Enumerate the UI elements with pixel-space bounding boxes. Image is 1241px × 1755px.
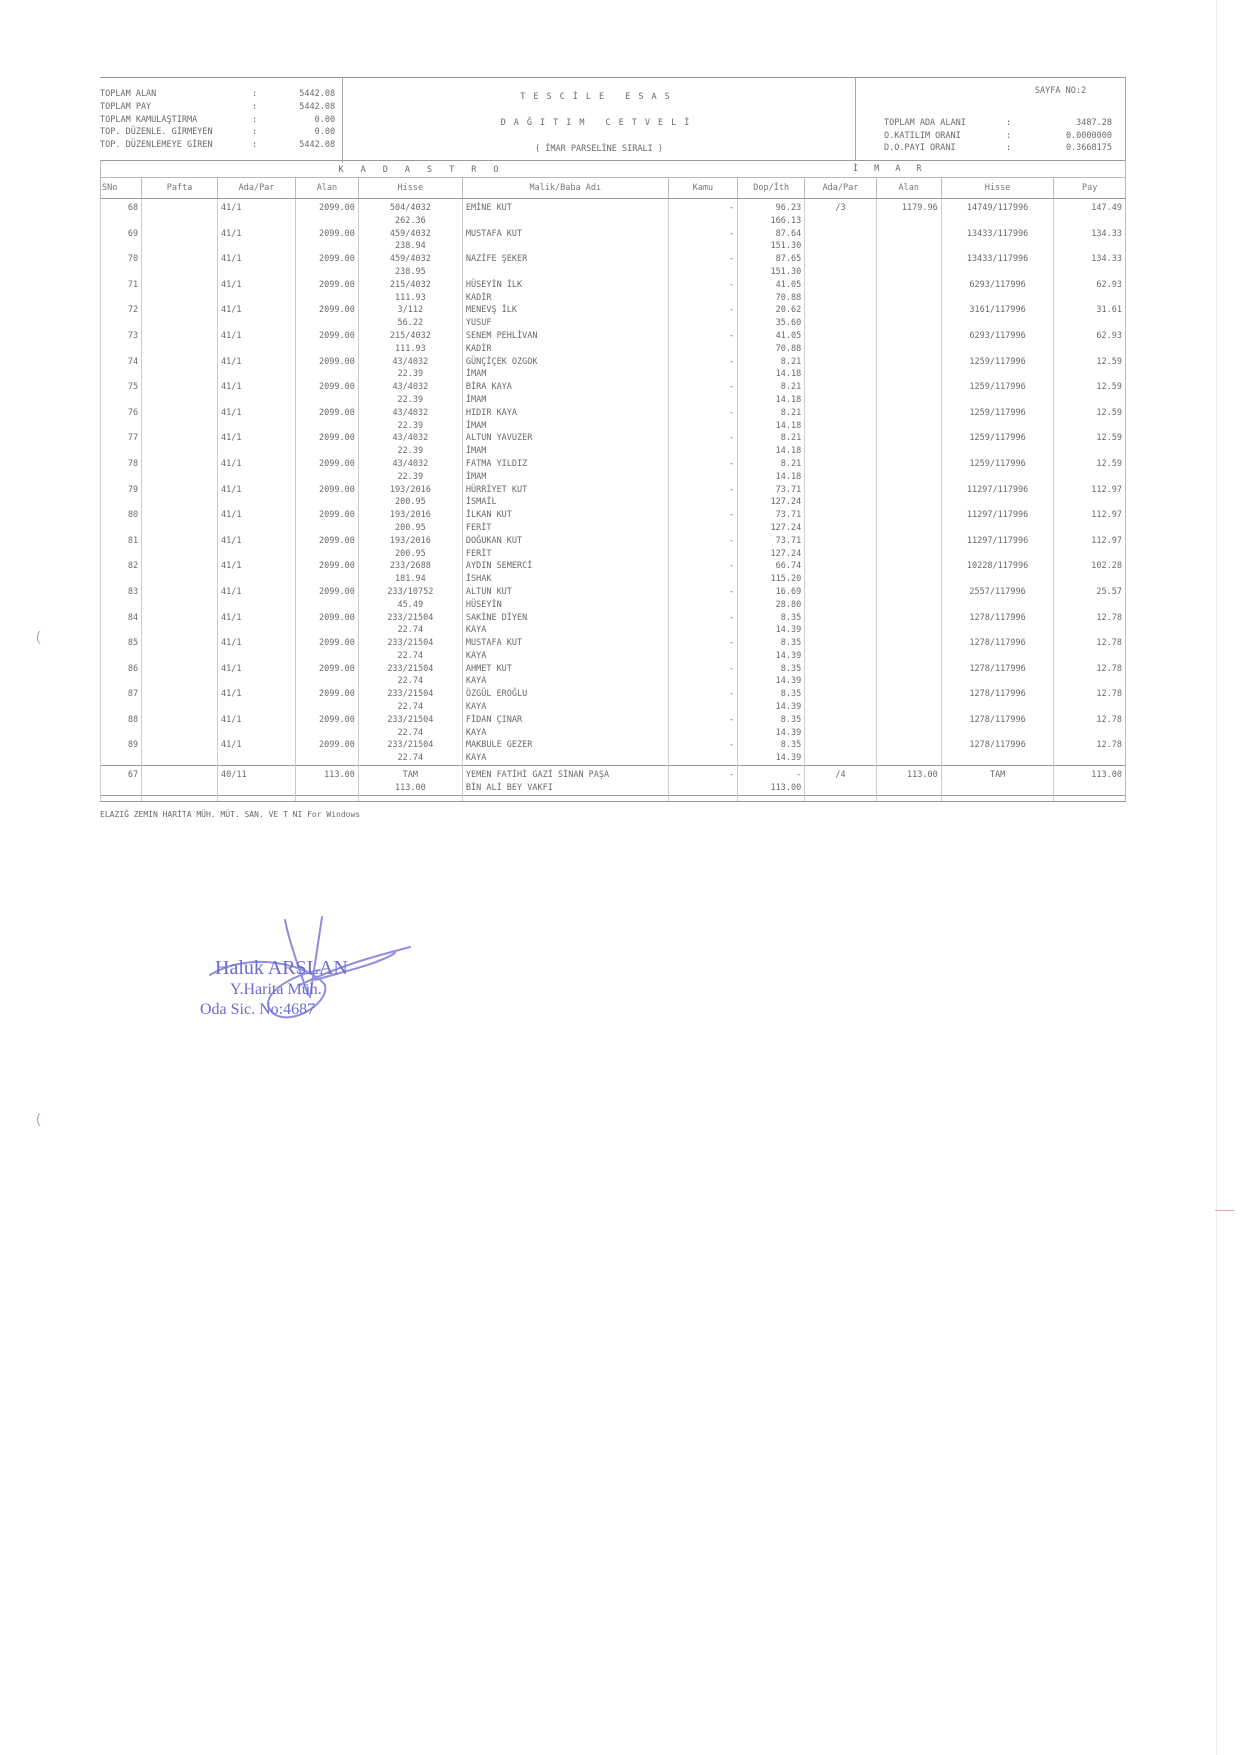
- cell-empty: [876, 266, 941, 279]
- cell-empty: [1054, 573, 1126, 586]
- cell-i-adapar: /4: [805, 766, 877, 782]
- cell-ith: 70.88: [738, 343, 805, 356]
- cell-kamu: -: [668, 356, 737, 369]
- cell-i-hisse: 2557/117996: [941, 586, 1054, 599]
- cell-i-hisse: 13433/117996: [941, 253, 1054, 266]
- cell-empty: [101, 548, 142, 561]
- cell-baba: İSHAK: [462, 573, 668, 586]
- cell-malik: MAKBULE GEZER: [462, 739, 668, 752]
- cell-hisse: 504/4032: [358, 199, 462, 215]
- cell-empty: [218, 215, 296, 228]
- summary-value: 3487.28: [1028, 117, 1112, 130]
- cell-sno: 73: [101, 330, 142, 343]
- table-row-sub: 111.93KADİR70.88: [101, 343, 1126, 356]
- cell-empty: [101, 292, 142, 305]
- cell-empty: [218, 240, 296, 253]
- cell-i-alan: [876, 663, 941, 676]
- cell-empty: [1054, 266, 1126, 279]
- cell-ith: 14.39: [738, 752, 805, 765]
- cell-empty: [296, 599, 359, 612]
- table-row: 8841/12099.00233/21504FİDAN ÇINAR-8.3512…: [101, 714, 1126, 727]
- cell-alan: 2099.00: [296, 356, 359, 369]
- cell-kamu: -: [668, 199, 737, 215]
- cell-empty: [668, 599, 737, 612]
- cell-empty: [876, 445, 941, 458]
- cell-empty: [668, 215, 737, 228]
- cell-empty: [876, 394, 941, 407]
- cell-dop: 66.74: [738, 560, 805, 573]
- table-row-sub: 200.95FERİT127.24: [101, 548, 1126, 561]
- cell-i-hisse: 1278/117996: [941, 612, 1054, 625]
- table-row: 8441/12099.00233/21504SAKİNE DİYEN-8.351…: [101, 612, 1126, 625]
- cell-ith: 14.18: [738, 420, 805, 433]
- cell-empty: [1054, 292, 1126, 305]
- cell-ith: 70.88: [738, 292, 805, 305]
- cell-sno: 76: [101, 407, 142, 420]
- cell-dop: 8.35: [738, 637, 805, 650]
- cell-pafta: [142, 714, 218, 727]
- summary-sep: :: [1006, 117, 1028, 130]
- cell-dop: 73.71: [738, 484, 805, 497]
- summary-value: 0.0000000: [1028, 130, 1112, 143]
- cell-empty: [1054, 675, 1126, 688]
- cell-empty: [805, 496, 877, 509]
- cell-empty: [142, 215, 218, 228]
- margin-mark: (: [36, 628, 41, 644]
- cell-hisse: 43/4032: [358, 458, 462, 471]
- cell-pafta: [142, 766, 218, 782]
- cell-adapar: 41/1: [218, 356, 296, 369]
- cell-empty: [668, 240, 737, 253]
- cell-empty: [218, 782, 296, 795]
- cell-i-alan: [876, 739, 941, 752]
- cell-baba: İMAM: [462, 445, 668, 458]
- cell-empty: [218, 394, 296, 407]
- cell-empty: [1054, 701, 1126, 714]
- cell-empty: [296, 266, 359, 279]
- cell-malik: İLKAN KUT: [462, 509, 668, 522]
- cell-empty: [296, 752, 359, 765]
- cell-empty: [941, 650, 1054, 663]
- cell-i-adapar: [805, 356, 877, 369]
- cell-empty: [941, 599, 1054, 612]
- cell-malik: FİDAN ÇINAR: [462, 714, 668, 727]
- cell-empty: [296, 701, 359, 714]
- cell-empty: [296, 445, 359, 458]
- cell-pafta: [142, 612, 218, 625]
- cell-hisse2: 22.39: [358, 394, 462, 407]
- cell-empty: [218, 752, 296, 765]
- cell-empty: [668, 420, 737, 433]
- cell-pay: 12.78: [1054, 663, 1126, 676]
- cell-malik: FATMA YILDIZ: [462, 458, 668, 471]
- table-row: 8141/12099.00193/2016DOĞUKAN KUT-73.7111…: [101, 535, 1126, 548]
- software-footer: ELAZIĞ ZEMİN HARİTA MÜH. MÜT. SAN. VE T …: [100, 809, 1126, 822]
- cell-ith: 127.24: [738, 496, 805, 509]
- cell-ith: 151.30: [738, 240, 805, 253]
- cell-empty: [142, 752, 218, 765]
- table-row-sub: 181.94İSHAK115.20: [101, 573, 1126, 586]
- cell-empty: [668, 471, 737, 484]
- cell-malik: ALTUN YAVUZER: [462, 432, 668, 445]
- cell-empty: [1054, 368, 1126, 381]
- cell-malik: HÜRRİYET KUT: [462, 484, 668, 497]
- cell-empty: [142, 675, 218, 688]
- cell-adapar: 41/1: [218, 304, 296, 317]
- cell-empty: [876, 215, 941, 228]
- cell-empty: [1054, 215, 1126, 228]
- cell-i-adapar: [805, 330, 877, 343]
- cell-empty: [101, 496, 142, 509]
- table-row-sub: 22.39İMAM14.18: [101, 420, 1126, 433]
- cell-hisse: 43/4032: [358, 407, 462, 420]
- cell-pafta: [142, 228, 218, 241]
- table-row: 7741/12099.0043/4032ALTUN YAVUZER-8.2112…: [101, 432, 1126, 445]
- column-header: Kamu: [668, 178, 737, 199]
- cell-baba: KAYA: [462, 752, 668, 765]
- cell-hisse: 43/4032: [358, 381, 462, 394]
- table-row: 7241/12099.003/112MENEVŞ İLK-20.623161/1…: [101, 304, 1126, 317]
- signature-icon: [190, 915, 430, 1045]
- summary-sep: :: [1006, 130, 1028, 143]
- cell-empty: [876, 496, 941, 509]
- cell-kamu: -: [668, 663, 737, 676]
- cell-empty: [876, 701, 941, 714]
- cell-dop: 8.35: [738, 612, 805, 625]
- cell-empty: [805, 782, 877, 795]
- cell-adapar: 41/1: [218, 199, 296, 215]
- cell-pafta: [142, 407, 218, 420]
- cell-i-hisse: 11297/117996: [941, 509, 1054, 522]
- summary-label: TOPLAM ALAN: [100, 88, 252, 101]
- stamp-title: Y.Harita Müh.: [230, 981, 322, 999]
- cell-hisse2: 238.95: [358, 266, 462, 279]
- summary-sep: :: [1006, 142, 1028, 155]
- cell-pay: 134.33: [1054, 253, 1126, 266]
- cell-empty: [296, 675, 359, 688]
- cell-hisse: 233/2688: [358, 560, 462, 573]
- cell-empty: [142, 471, 218, 484]
- cell-i-alan: [876, 381, 941, 394]
- document-header: TOPLAM ALAN:5442.08TOPLAM PAY:5442.08TOP…: [100, 77, 1126, 160]
- cell-empty: [738, 795, 805, 801]
- cell-adapar: 41/1: [218, 637, 296, 650]
- cell-alan: 2099.00: [296, 381, 359, 394]
- cell-pay: 12.59: [1054, 407, 1126, 420]
- cell-empty: [296, 343, 359, 356]
- cell-i-hisse: 13433/117996: [941, 228, 1054, 241]
- cell-empty: [668, 548, 737, 561]
- summary-label: TOPLAM KAMULAŞTIRMA: [100, 114, 252, 127]
- cell-i-alan: 1179.96: [876, 199, 941, 215]
- cell-empty: [218, 420, 296, 433]
- cell-empty: [941, 701, 1054, 714]
- table-row: 8741/12099.00233/21504ÖZGÜL EROĞLU-8.351…: [101, 688, 1126, 701]
- cell-empty: [218, 795, 296, 801]
- cell-malik: BİRA KAYA: [462, 381, 668, 394]
- cell-pafta: [142, 663, 218, 676]
- cell-ith: 14.39: [738, 701, 805, 714]
- table-row: 7141/12099.00215/4032HÜSEYİN İLK-41.0562…: [101, 279, 1126, 292]
- cell-kamu: -: [668, 535, 737, 548]
- cell-empty: [142, 394, 218, 407]
- table-row: 7341/12099.00215/4032SENEM PEHLİVAN-41.0…: [101, 330, 1126, 343]
- cell-pay: 112.97: [1054, 484, 1126, 497]
- cell-alan: 2099.00: [296, 432, 359, 445]
- summary-value: 0.00: [257, 114, 335, 127]
- cell-i-hisse: 1278/117996: [941, 663, 1054, 676]
- summary-value: 0.3668175: [1028, 142, 1112, 155]
- cell-empty: [941, 471, 1054, 484]
- cell-i-hisse: 3161/117996: [941, 304, 1054, 317]
- table-body: 6841/12099.00504/4032EMİNE KUT-96.23/311…: [101, 199, 1126, 802]
- cell-i-adapar: [805, 253, 877, 266]
- cell-alan: 2099.00: [296, 509, 359, 522]
- cell-hisse2: 22.39: [358, 368, 462, 381]
- cell-baba: HÜSEYİN: [462, 599, 668, 612]
- cell-i-adapar: [805, 381, 877, 394]
- cell-empty: [142, 317, 218, 330]
- table-row-sub: 200.95FERİT127.24: [101, 522, 1126, 535]
- cell-pafta: [142, 586, 218, 599]
- cell-i-alan: [876, 484, 941, 497]
- cell-empty: [876, 650, 941, 663]
- cell-empty: [1054, 795, 1126, 801]
- cell-pafta: [142, 432, 218, 445]
- cell-empty: [101, 343, 142, 356]
- cell-empty: [876, 624, 941, 637]
- cell-empty: [941, 215, 1054, 228]
- table-row-sub: 22.74KAYA14.39: [101, 727, 1126, 740]
- cell-empty: [101, 394, 142, 407]
- cell-pay: 31.61: [1054, 304, 1126, 317]
- cell-baba: FERİT: [462, 548, 668, 561]
- distribution-table: SNoPaftaAda/ParAlanHisseMalik/Baba AdıKa…: [100, 177, 1126, 802]
- cell-sno: 84: [101, 612, 142, 625]
- table-end-line: [101, 795, 1126, 801]
- cell-adapar: 41/1: [218, 739, 296, 752]
- summary-row: TOPLAM KAMULAŞTIRMA:0.00: [100, 114, 342, 127]
- cell-alan: 2099.00: [296, 279, 359, 292]
- cell-i-alan: [876, 458, 941, 471]
- cell-empty: [1054, 343, 1126, 356]
- cell-alan: 2099.00: [296, 253, 359, 266]
- cell-sno: 85: [101, 637, 142, 650]
- cell-empty: [101, 522, 142, 535]
- stamp-registration: Oda Sic. No:4687: [200, 1001, 315, 1019]
- table-row-sub: 45.49HÜSEYİN28.80: [101, 599, 1126, 612]
- cell-malik: MUSTAFA KUT: [462, 637, 668, 650]
- cell-empty: [805, 675, 877, 688]
- cell-hisse: 233/21504: [358, 612, 462, 625]
- cell-empty: [805, 266, 877, 279]
- cell-empty: [805, 420, 877, 433]
- cell-i-alan: [876, 560, 941, 573]
- cell-pafta: [142, 509, 218, 522]
- cell-pay: 113.00: [1054, 766, 1126, 782]
- cell-empty: [101, 420, 142, 433]
- summary-row: TOP. DÜZENLEMEYE GİREN:5442.08: [100, 139, 342, 152]
- cell-sno: 67: [101, 766, 142, 782]
- cell-i-hisse: 1259/117996: [941, 458, 1054, 471]
- cell-pafta: [142, 535, 218, 548]
- cell-i-hisse: 14749/117996: [941, 199, 1054, 215]
- cell-i-alan: [876, 407, 941, 420]
- cell-i-alan: [876, 228, 941, 241]
- cell-adapar: 41/1: [218, 586, 296, 599]
- cell-pay: 12.78: [1054, 739, 1126, 752]
- cell-ith: 113.00: [738, 782, 805, 795]
- cell-pay: 12.78: [1054, 714, 1126, 727]
- cell-sno: 89: [101, 739, 142, 752]
- column-header: SNo: [101, 178, 142, 199]
- cell-dop: 8.21: [738, 356, 805, 369]
- cell-sno: 82: [101, 560, 142, 573]
- cell-hisse2: 22.74: [358, 752, 462, 765]
- cell-adapar: 41/1: [218, 279, 296, 292]
- cell-dop: 87.65: [738, 253, 805, 266]
- cell-adapar: 41/1: [218, 560, 296, 573]
- cell-i-alan: [876, 586, 941, 599]
- cell-pay: 112.97: [1054, 509, 1126, 522]
- cell-sno: 86: [101, 663, 142, 676]
- cell-adapar: 41/1: [218, 714, 296, 727]
- cell-dop: 8.35: [738, 739, 805, 752]
- cell-i-hisse: 11297/117996: [941, 535, 1054, 548]
- cell-empty: [218, 650, 296, 663]
- cell-empty: [142, 522, 218, 535]
- cell-empty: [876, 795, 941, 801]
- cell-empty: [142, 599, 218, 612]
- cell-i-hisse: 1259/117996: [941, 407, 1054, 420]
- cell-i-alan: [876, 637, 941, 650]
- cell-baba: KAYA: [462, 727, 668, 740]
- cell-empty: [805, 343, 877, 356]
- summary-row: TOPLAM ALAN:5442.08: [100, 88, 342, 101]
- cell-empty: [142, 266, 218, 279]
- cell-hisse2: 56.22: [358, 317, 462, 330]
- cell-empty: [296, 650, 359, 663]
- cell-alan: 2099.00: [296, 586, 359, 599]
- cell-dop: 8.35: [738, 688, 805, 701]
- cell-kamu: -: [668, 407, 737, 420]
- cell-i-adapar: [805, 228, 877, 241]
- cell-empty: [296, 394, 359, 407]
- cell-alan: 2099.00: [296, 663, 359, 676]
- cell-empty: [101, 782, 142, 795]
- cell-empty: [1054, 240, 1126, 253]
- cell-i-hisse: 1278/117996: [941, 688, 1054, 701]
- cell-empty: [941, 343, 1054, 356]
- cell-empty: [876, 752, 941, 765]
- summary-row: O.KATILIM ORANI:0.0000000: [884, 130, 1125, 143]
- cell-dop: 73.71: [738, 509, 805, 522]
- cell-empty: [805, 215, 877, 228]
- cell-hisse: 233/10752: [358, 586, 462, 599]
- title-line-2: DAĞITIM CETVELİ: [343, 117, 855, 130]
- cell-empty: [805, 573, 877, 586]
- cell-i-hisse: 6293/117996: [941, 330, 1054, 343]
- cell-hisse2: 22.74: [358, 675, 462, 688]
- cell-empty: [1054, 522, 1126, 535]
- cell-sno: 68: [101, 199, 142, 215]
- column-header: Malik/Baba Adı: [462, 178, 668, 199]
- cell-empty: [101, 752, 142, 765]
- cell-empty: [805, 727, 877, 740]
- cell-empty: [218, 573, 296, 586]
- cell-ith: 151.30: [738, 266, 805, 279]
- cell-dop: 8.21: [738, 458, 805, 471]
- cell-kamu: -: [668, 509, 737, 522]
- cell-baba: İMAM: [462, 420, 668, 433]
- cell-empty: [142, 650, 218, 663]
- summary-row: D.O.PAYI ORANI:0.3668175: [884, 142, 1125, 155]
- cell-empty: [1054, 782, 1126, 795]
- cell-empty: [941, 266, 1054, 279]
- cell-empty: [101, 727, 142, 740]
- summary-label: O.KATILIM ORANI: [884, 130, 1006, 143]
- cell-malik: ÖZGÜL EROĞLU: [462, 688, 668, 701]
- cell-i-adapar: [805, 509, 877, 522]
- cell-empty: [805, 624, 877, 637]
- cell-pay: 12.59: [1054, 432, 1126, 445]
- cell-dop: -: [738, 766, 805, 782]
- cell-baba: BİN ALİ BEY VAKFI: [462, 782, 668, 795]
- cell-empty: [101, 573, 142, 586]
- cell-hisse: 43/4032: [358, 356, 462, 369]
- cell-empty: [1054, 394, 1126, 407]
- cell-i-adapar: [805, 279, 877, 292]
- cell-hisse: TAM: [358, 766, 462, 782]
- cell-empty: [101, 240, 142, 253]
- cell-hisse: 459/4032: [358, 228, 462, 241]
- cell-empty: [876, 522, 941, 535]
- cell-empty: [1054, 599, 1126, 612]
- cell-ith: 127.24: [738, 522, 805, 535]
- cell-ith: 14.18: [738, 471, 805, 484]
- cell-empty: [805, 394, 877, 407]
- distribution-document: TOPLAM ALAN:5442.08TOPLAM PAY:5442.08TOP…: [100, 77, 1126, 821]
- cell-empty: [805, 752, 877, 765]
- cell-dop: 8.35: [738, 663, 805, 676]
- cell-empty: [876, 548, 941, 561]
- cell-i-alan: [876, 356, 941, 369]
- cell-empty: [101, 266, 142, 279]
- cell-empty: [876, 471, 941, 484]
- cell-i-alan: [876, 432, 941, 445]
- cell-empty: [1054, 496, 1126, 509]
- cell-i-alan: [876, 304, 941, 317]
- cell-i-alan: [876, 535, 941, 548]
- cell-ith: 166.13: [738, 215, 805, 228]
- cell-alan: 2099.00: [296, 739, 359, 752]
- cell-malik: MENEVŞ İLK: [462, 304, 668, 317]
- cell-malik: EMİNE KUT: [462, 199, 668, 215]
- cell-dop: 8.35: [738, 714, 805, 727]
- cell-kamu: -: [668, 330, 737, 343]
- cell-empty: [805, 240, 877, 253]
- cell-empty: [296, 727, 359, 740]
- cell-hisse: 193/2016: [358, 509, 462, 522]
- section-header: KADASTRO İMAR: [100, 160, 1126, 177]
- cell-empty: [941, 624, 1054, 637]
- cell-empty: [101, 701, 142, 714]
- cell-i-adapar: [805, 739, 877, 752]
- cell-empty: [805, 650, 877, 663]
- table-row-sub: 22.39İMAM14.18: [101, 445, 1126, 458]
- cell-malik: AYDIN SEMERCİ: [462, 560, 668, 573]
- cell-empty: [805, 795, 877, 801]
